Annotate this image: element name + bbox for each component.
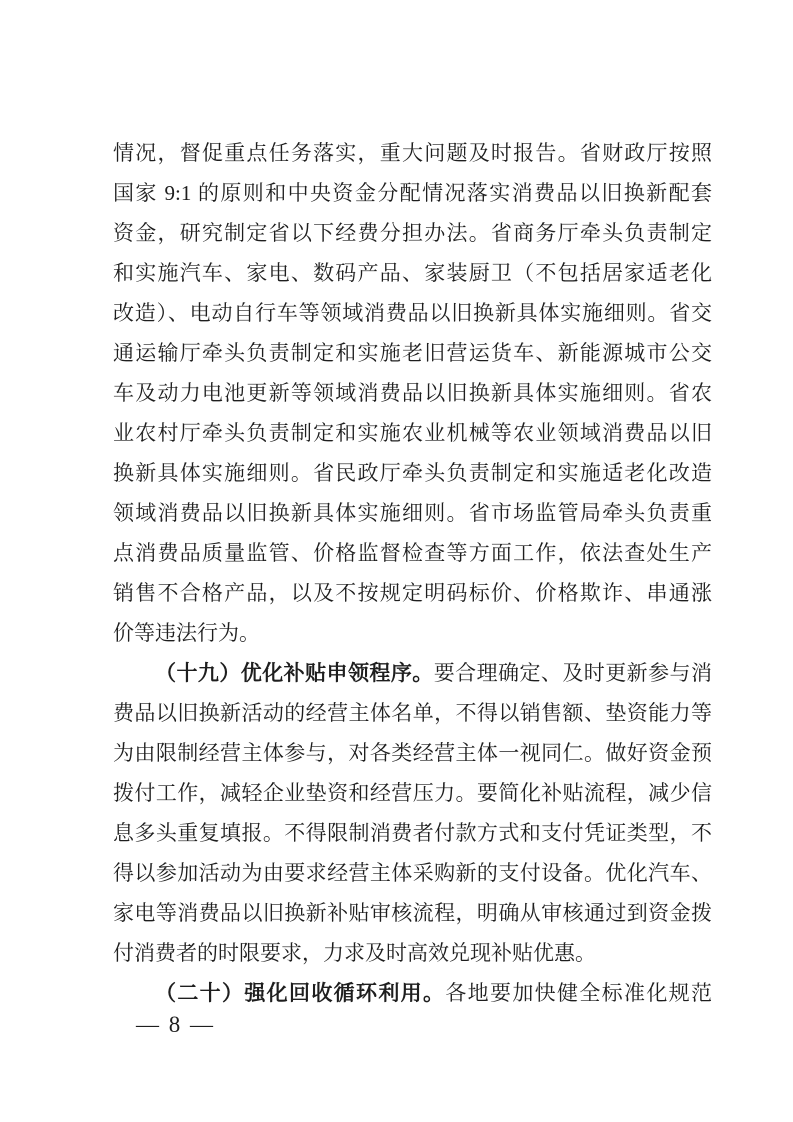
text-line: 业农村厅牵头负责制定和实施农业机械等农业领域消费品以旧 <box>113 413 712 453</box>
text-line: 改造）、电动自行车等领域消费品以旧换新具体实施细则。省交 <box>113 293 712 333</box>
text-line: 情况，督促重点任务落实，重大问题及时报告。省财政厅按照 <box>113 133 712 173</box>
text-line: 换新具体实施细则。省民政厅牵头负责制定和实施适老化改造 <box>113 453 712 493</box>
text-line: 息多头重复填报。不得限制消费者付款方式和支付凭证类型，不 <box>113 813 712 853</box>
text-line: 通运输厅牵头负责制定和实施老旧营运货车、新能源城市公交 <box>113 333 712 373</box>
text-line: 付消费者的时限要求，力求及时高效兑现补贴优惠。 <box>113 933 712 973</box>
text-line: 价等违法行为。 <box>113 613 712 653</box>
text-line: 国家 9:1 的原则和中央资金分配情况落实消费品以旧换新配套 <box>113 173 712 213</box>
text-line: 和实施汽车、家电、数码产品、家装厨卫（不包括居家适老化 <box>113 253 712 293</box>
text-line: 资金，研究制定省以下经费分担办法。省商务厅牵头负责制定 <box>113 213 712 253</box>
text-line: 得以参加活动为由要求经营主体采购新的支付设备。优化汽车、 <box>113 853 712 893</box>
text-line: 领域消费品以旧换新具体实施细则。省市场监管局牵头负责重 <box>113 493 712 533</box>
section-heading-line: （十九）优化补贴申领程序。要合理确定、及时更新参与消 <box>113 653 712 693</box>
document-text-block: 情况，督促重点任务落实，重大问题及时报告。省财政厅按照国家 9:1 的原则和中央… <box>113 133 712 1013</box>
section-heading-line: （二十）强化回收循环利用。各地要加快健全标准化规范 <box>113 973 712 1013</box>
page-number: — 8 — <box>136 1012 215 1038</box>
text-line: 为由限制经营主体参与，对各类经营主体一视同仁。做好资金预 <box>113 733 712 773</box>
text-line: 家电等消费品以旧换新补贴审核流程，明确从审核通过到资金拨 <box>113 893 712 933</box>
text-line: 销售不合格产品，以及不按规定明码标价、价格欺诈、串通涨 <box>113 573 712 613</box>
text-line: 车及动力电池更新等领域消费品以旧换新具体实施细则。省农 <box>113 373 712 413</box>
text-line: 拨付工作，减轻企业垫资和经营压力。要简化补贴流程，减少信 <box>113 773 712 813</box>
text-line: 点消费品质量监管、价格监督检查等方面工作，依法查处生产 <box>113 533 712 573</box>
section-heading: （十九）优化补贴申领程序。 <box>155 661 434 685</box>
document-page: 情况，督促重点任务落实，重大问题及时报告。省财政厅按照国家 9:1 的原则和中央… <box>0 0 793 1122</box>
section-heading: （二十）强化回收循环利用。 <box>155 981 445 1005</box>
text-line: 费品以旧换新活动的经营主体名单，不得以销售额、垫资能力等 <box>113 693 712 733</box>
